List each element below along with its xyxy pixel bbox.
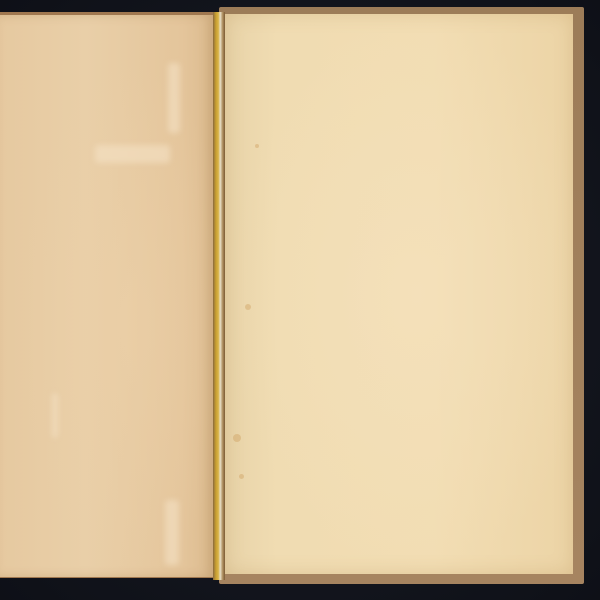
faded-mark — [52, 393, 58, 438]
foxing-spot — [233, 434, 241, 442]
foxing-spot — [239, 474, 244, 479]
book-gutter-spine — [213, 12, 225, 580]
faded-mark — [168, 63, 180, 133]
foxing-spot — [255, 144, 259, 148]
right-blank-page — [225, 14, 573, 574]
left-endpaper — [0, 15, 214, 577]
foxing-spot — [245, 304, 251, 310]
faded-mark — [165, 500, 179, 565]
faded-mark — [95, 145, 170, 163]
